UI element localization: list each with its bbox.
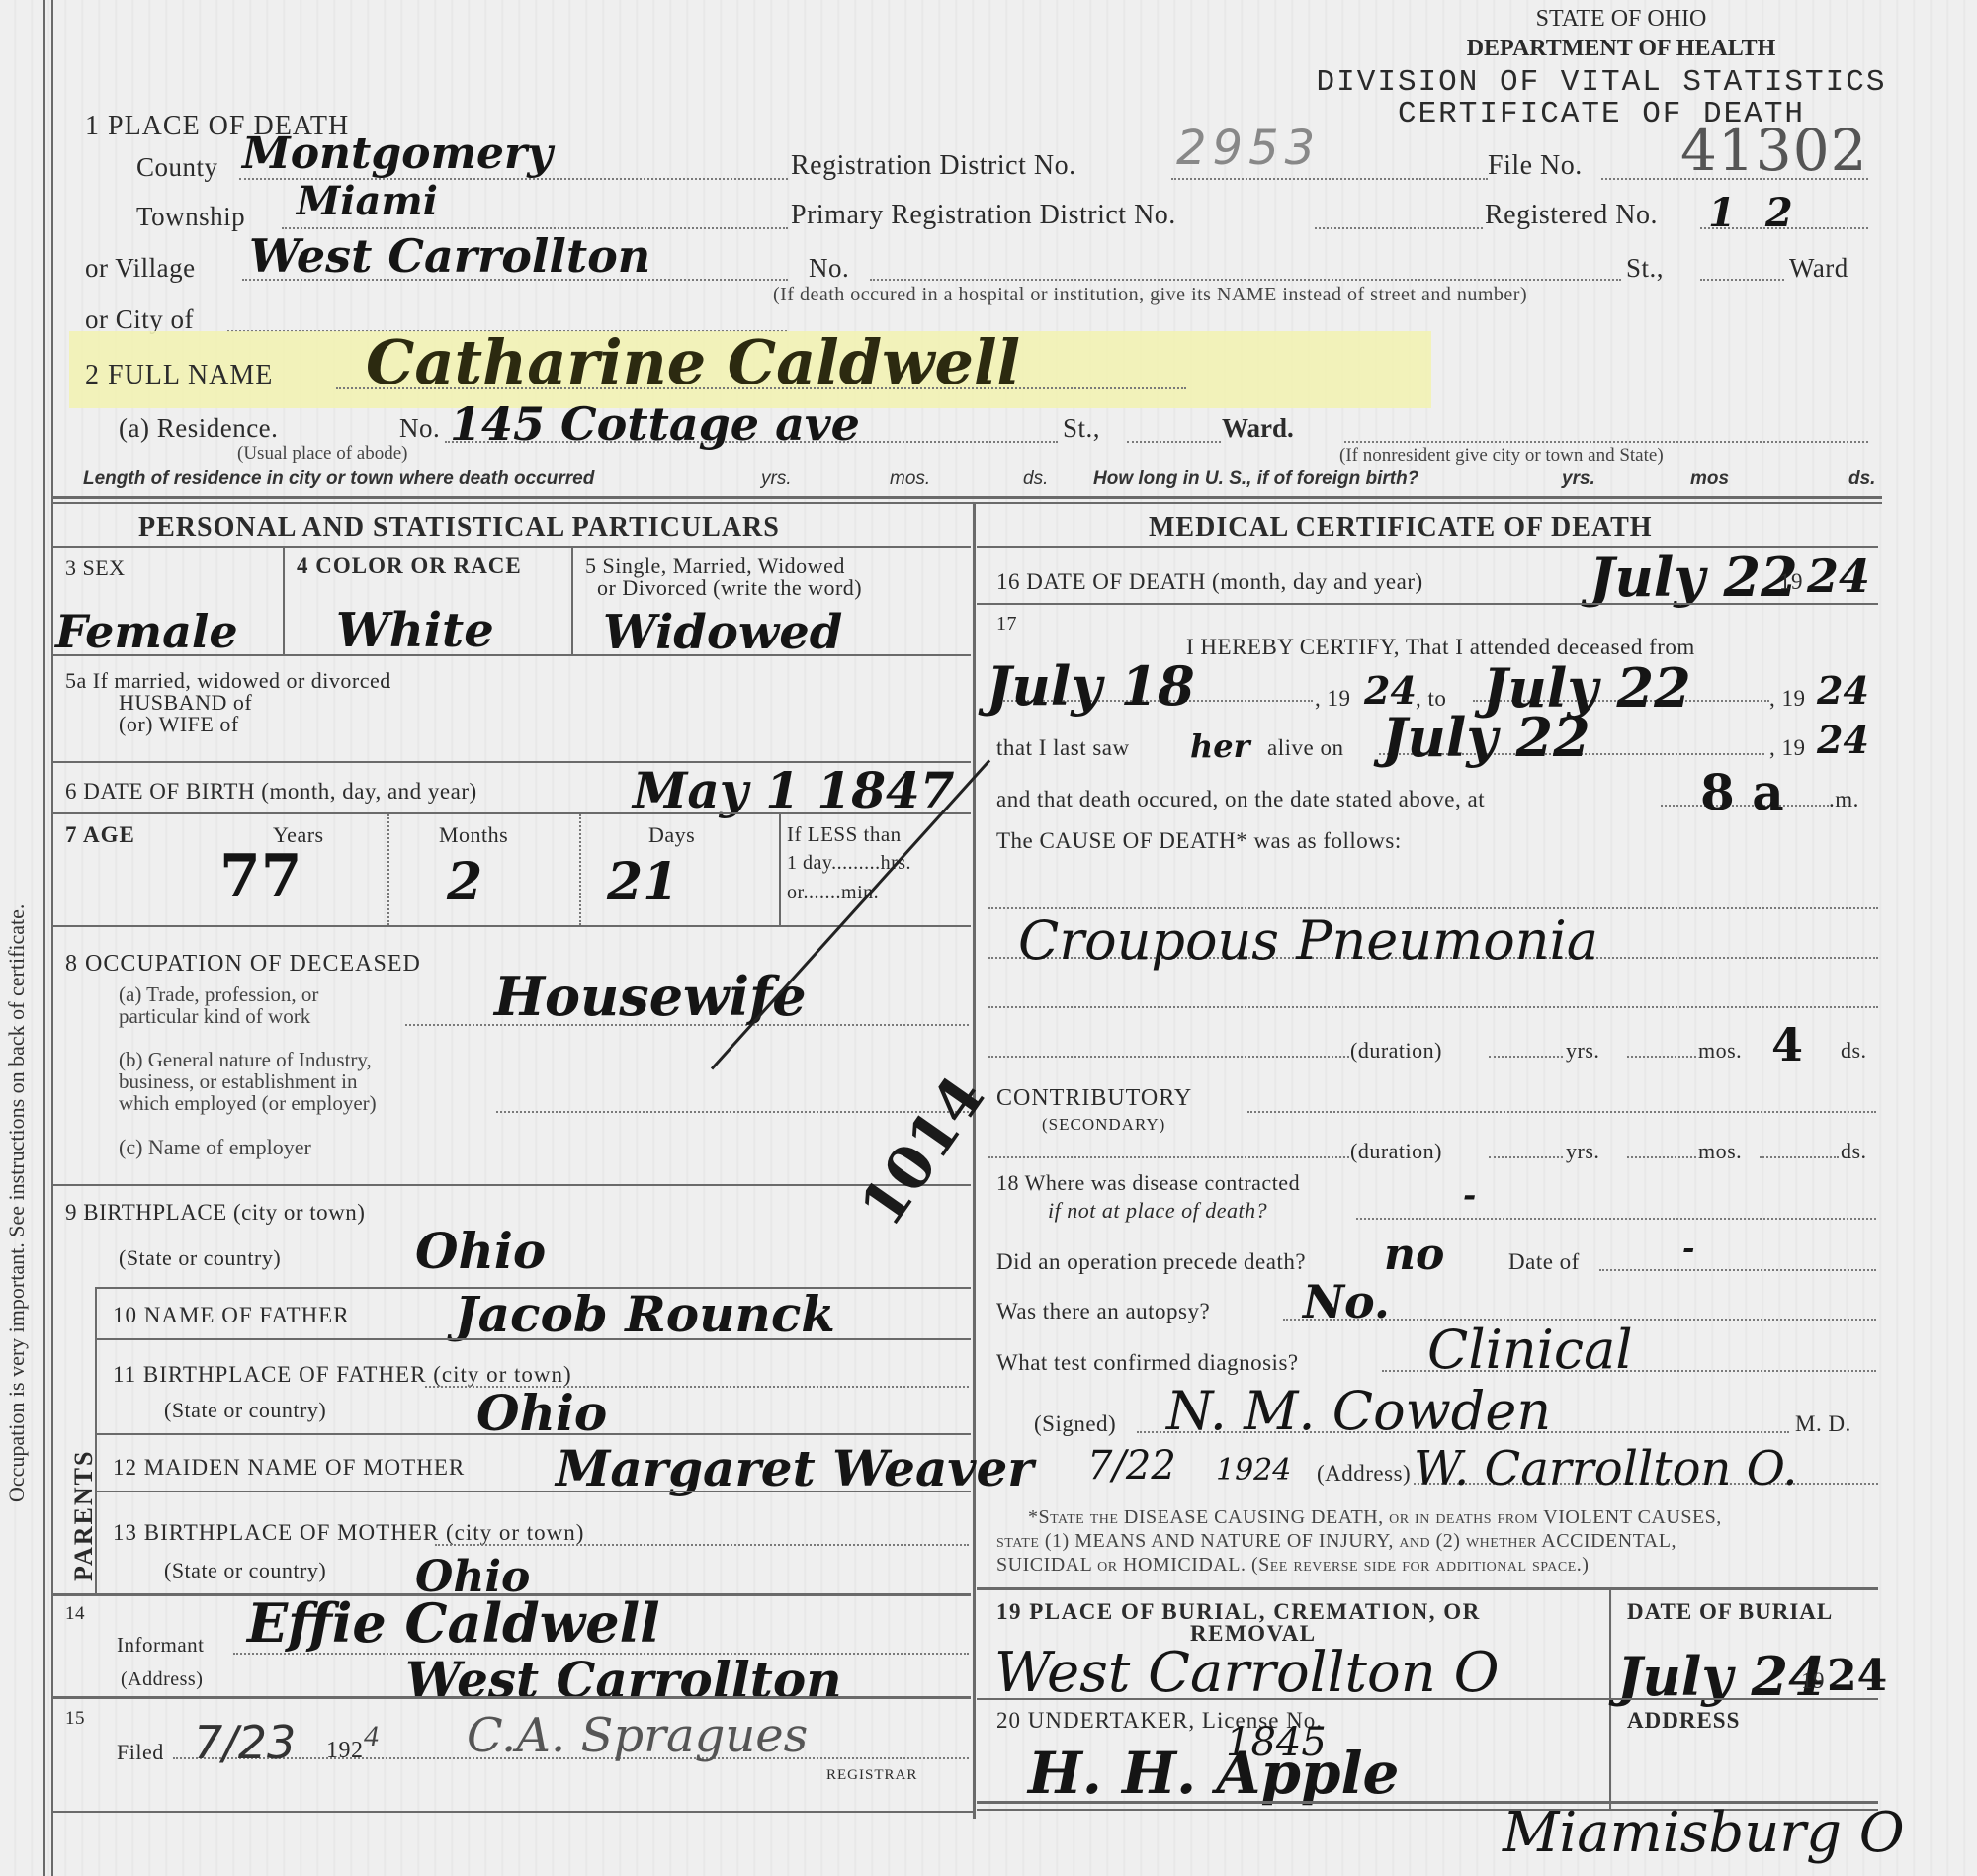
informant-address-value[interactable]: West Carrollton <box>405 1651 842 1709</box>
parents-label: PARENTS <box>69 1450 99 1581</box>
cause-of-death-label: The CAUSE OF DEATH* was as follows: <box>996 828 1402 854</box>
age-months-label: Months <box>439 822 508 848</box>
death-time-value[interactable]: 8 a <box>1700 763 1784 821</box>
residence-ward-label: Ward. <box>1222 413 1294 444</box>
informant-address-label: (Address) <box>121 1668 203 1691</box>
address-label: (Address) <box>1317 1461 1411 1487</box>
foreign-mos: mos <box>1690 469 1729 490</box>
street-ward-label: Ward <box>1789 253 1848 284</box>
center-divider <box>973 504 976 1819</box>
burial-year-suffix[interactable]: 24 <box>1827 1651 1887 1701</box>
township-label: Township <box>136 202 245 232</box>
less-than-label-1: If LESS than <box>787 822 902 847</box>
residence-mos: mos. <box>890 469 930 490</box>
death-time-label: and that death occured, on the date stat… <box>996 787 1485 812</box>
license-no-value[interactable]: 1845 <box>1226 1720 1327 1765</box>
street-no-label: No. <box>809 253 849 284</box>
footnote-line-1: *State the DISEASE CAUSING DEATH, or in … <box>1028 1506 1722 1529</box>
mother-birthplace-state-label: (State or country) <box>164 1558 326 1583</box>
duration-mos-label-2: mos. <box>1698 1139 1742 1164</box>
full-name-value[interactable]: Catharine Caldwell <box>366 326 1020 398</box>
age-days-value[interactable]: 21 <box>607 852 678 912</box>
county-label: County <box>136 152 218 183</box>
death-time-suffix: .m. <box>1829 787 1859 812</box>
sign-date-value[interactable]: 7/22 <box>1087 1443 1176 1489</box>
side-instruction-note: Occupation is very important. See instru… <box>4 904 30 1502</box>
duration-yrs-label: yrs. <box>1566 1038 1599 1064</box>
residence-value[interactable]: 145 Cottage ave <box>450 397 860 451</box>
sign-year-value[interactable]: 1924 <box>1216 1453 1291 1488</box>
alive-on-label: alive on <box>1267 735 1343 761</box>
occupation-c-label: (c) Name of employer <box>119 1135 311 1160</box>
father-value[interactable]: Jacob Rounck <box>455 1285 835 1343</box>
duration-label-2: (duration) <box>1350 1139 1442 1164</box>
header-state: STATE OF OHIO <box>1364 6 1878 33</box>
birthplace-label: 9 BIRTHPLACE (city or town) <box>65 1200 365 1226</box>
residence-label: (a) Residence. <box>119 413 278 444</box>
attended-to-year-prefix: , 19 <box>1769 686 1806 712</box>
street-st-label: St., <box>1626 253 1664 284</box>
residence-length-label: Length of residence in city or town wher… <box>83 469 594 490</box>
test-label: What test confirmed diagnosis? <box>996 1350 1299 1376</box>
registrar-signature[interactable]: C.A. Spragues <box>467 1708 808 1763</box>
birthplace-state-label: (State or country) <box>119 1245 281 1271</box>
operation-date-label: Date of <box>1508 1249 1580 1275</box>
last-saw-year-suffix[interactable]: 24 <box>1817 718 1869 762</box>
dob-value[interactable]: May 1 1847 <box>633 761 955 819</box>
last-saw-label: that I last saw <box>996 735 1130 761</box>
mother-label: 12 MAIDEN NAME OF MOTHER <box>113 1455 465 1481</box>
footnote-line-2: state (1) MEANS AND NATURE OF INJURY, an… <box>996 1530 1676 1553</box>
duration-label: (duration) <box>1350 1038 1442 1064</box>
filed-date-value[interactable]: 7/23 <box>194 1716 296 1769</box>
medical-heading: MEDICAL CERTIFICATE OF DEATH <box>1149 512 1653 544</box>
spouse-label-3: (or) WIFE of <box>119 712 239 737</box>
date-of-death-value[interactable]: July 22 <box>1590 546 1798 609</box>
marital-label-2: or Divorced (write the word) <box>597 575 862 601</box>
personal-heading: PERSONAL AND STATISTICAL PARTICULARS <box>138 512 780 544</box>
occupation-value[interactable]: Housewife <box>494 965 807 1028</box>
date-of-death-year-prefix: 19 <box>1779 569 1803 595</box>
dob-label: 6 DATE OF BIRTH (month, day, and year) <box>65 779 477 805</box>
last-saw-pronoun[interactable]: her <box>1190 727 1249 765</box>
duration-days-value[interactable]: 4 <box>1771 1018 1803 1071</box>
operation-label: Did an operation precede death? <box>996 1249 1306 1275</box>
certify-number: 17 <box>996 613 1017 636</box>
county-value[interactable]: Montgomery <box>242 128 553 179</box>
test-value[interactable]: Clinical <box>1427 1319 1633 1381</box>
signed-value[interactable]: N. M. Cowden <box>1166 1380 1551 1442</box>
race-label: 4 COLOR OR RACE <box>297 554 522 579</box>
residence-st-label: St., <box>1063 413 1100 444</box>
header-division: DIVISION OF VITAL STATISTICS <box>1255 65 1947 100</box>
sex-label: 3 SEX <box>65 555 126 581</box>
filed-label: Filed <box>117 1740 164 1765</box>
registrar-label: REGISTRAR <box>826 1767 917 1784</box>
registered-no-label: Registered No. <box>1485 200 1658 231</box>
residence-no-label: No. <box>399 413 440 444</box>
occupation-b-label-3: which employed (or employer) <box>119 1091 377 1116</box>
less-than-label-2: 1 day.........hrs. <box>787 852 911 875</box>
operation-value[interactable]: no <box>1384 1230 1444 1280</box>
date-of-death-year-suffix[interactable]: 24 <box>1807 550 1870 603</box>
contributory-label: CONTRIBUTORY <box>996 1085 1192 1112</box>
burial-place-value[interactable]: West Carrollton O <box>994 1641 1499 1705</box>
duration-ds-label-2: ds. <box>1841 1139 1867 1164</box>
age-days-label: Days <box>648 822 695 848</box>
hospital-note: (If death occured in a hospital or insti… <box>773 284 1527 306</box>
registered-no-value[interactable]: 12 <box>1708 190 1823 236</box>
undertaker-address-label: ADDRESS <box>1627 1708 1740 1734</box>
death-certificate: Occupation is very important. See instru… <box>0 0 1977 1876</box>
secondary-label: (SECONDARY) <box>1042 1115 1165 1135</box>
informant-label: Informant <box>117 1633 204 1658</box>
nonresident-note: (If nonresident give city or town and St… <box>1339 445 1664 467</box>
informant-value[interactable]: Effie Caldwell <box>247 1591 660 1655</box>
less-than-label-3: or.......min. <box>787 882 879 904</box>
attended-from-year-prefix: , 19 <box>1315 686 1351 712</box>
village-label: or Village <box>85 253 196 284</box>
occupation-a-label-2: particular kind of work <box>119 1004 310 1029</box>
address-value[interactable]: W. Carrollton O. <box>1414 1441 1797 1496</box>
file-no-value: 41302 <box>1680 117 1868 184</box>
burial-year-prefix: 19 <box>1801 1668 1825 1694</box>
stamp-number: 1014 <box>847 1065 998 1239</box>
left-border <box>43 0 45 1876</box>
last-saw-year-prefix: , 19 <box>1769 735 1806 761</box>
marital-value[interactable]: Widowed <box>603 605 842 660</box>
township-value[interactable]: Miami <box>297 178 438 224</box>
father-birthplace-state-label: (State or country) <box>164 1398 326 1423</box>
informant-number: 14 <box>65 1603 85 1625</box>
birthplace-value[interactable]: Ohio <box>415 1222 546 1280</box>
cause-of-death-value[interactable]: Croupous Pneumonia <box>1018 909 1598 972</box>
undertaker-value[interactable]: H. H. Apple <box>1028 1740 1399 1807</box>
filed-year-suffix[interactable]: 4 <box>364 1720 379 1753</box>
primary-registration-label: Primary Registration District No. <box>791 200 1176 231</box>
md-label: M. D. <box>1795 1411 1851 1437</box>
race-value[interactable]: White <box>336 603 494 658</box>
attended-to-year-suffix[interactable]: 24 <box>1817 668 1869 713</box>
contracted-label-1: 18 Where was disease contracted <box>996 1170 1300 1196</box>
occupation-label: 8 OCCUPATION OF DECEASED <box>65 951 421 978</box>
duration-ds-label: ds. <box>1841 1038 1867 1064</box>
signed-label: (Signed) <box>1034 1411 1116 1437</box>
residence-ds: ds. <box>1023 469 1048 490</box>
undertaker-address-value[interactable]: Miamisburg O <box>1503 1801 1905 1865</box>
registration-district-value[interactable]: 2953 <box>1176 121 1321 176</box>
autopsy-value[interactable]: No. <box>1303 1275 1390 1328</box>
residence-yrs: yrs. <box>761 469 792 490</box>
footnote-line-3: SUICIDAL or HOMICIDAL. (See reverse side… <box>996 1554 1589 1577</box>
abode-note: (Usual place of abode) <box>237 443 408 465</box>
header-department: DEPARTMENT OF HEALTH <box>1305 36 1937 62</box>
age-years-value[interactable]: 77 <box>219 842 302 911</box>
contracted-value[interactable]: - <box>1463 1176 1476 1214</box>
attended-from-value[interactable]: July 18 <box>987 654 1195 718</box>
age-label: 7 AGE <box>65 822 135 848</box>
age-months-value[interactable]: 2 <box>447 852 482 912</box>
sex-value[interactable]: Female <box>55 605 238 658</box>
contracted-label-2: if not at place of death? <box>1048 1198 1267 1224</box>
date-of-death-label: 16 DATE OF DEATH (month, day and year) <box>996 569 1423 595</box>
filed-number: 15 <box>65 1708 85 1730</box>
registration-district-label: Registration District No. <box>791 150 1076 182</box>
village-value[interactable]: West Carrollton <box>249 229 650 283</box>
mother-value[interactable]: Margaret Weaver <box>556 1439 1034 1497</box>
father-label: 10 NAME OF FATHER <box>113 1303 350 1328</box>
operation-date-value[interactable]: - <box>1682 1232 1694 1266</box>
burial-date-label: DATE OF BURIAL <box>1627 1599 1833 1625</box>
autopsy-label: Was there an autopsy? <box>996 1299 1210 1324</box>
foreign-yrs: yrs. <box>1562 469 1595 490</box>
file-no-label: File No. <box>1488 150 1583 182</box>
full-name-label: 2 FULL NAME <box>85 360 273 391</box>
duration-mos-label: mos. <box>1698 1038 1742 1064</box>
foreign-ds: ds. <box>1848 469 1875 490</box>
filed-year-prefix: 192 <box>326 1738 364 1764</box>
foreign-birth-label: How long in U. S., if of foreign birth? <box>1093 469 1418 490</box>
duration-yrs-label-2: yrs. <box>1566 1139 1599 1164</box>
mother-birthplace-label: 13 BIRTHPLACE OF MOTHER (city or town) <box>113 1520 584 1546</box>
last-saw-date-value[interactable]: July 22 <box>1382 706 1590 769</box>
